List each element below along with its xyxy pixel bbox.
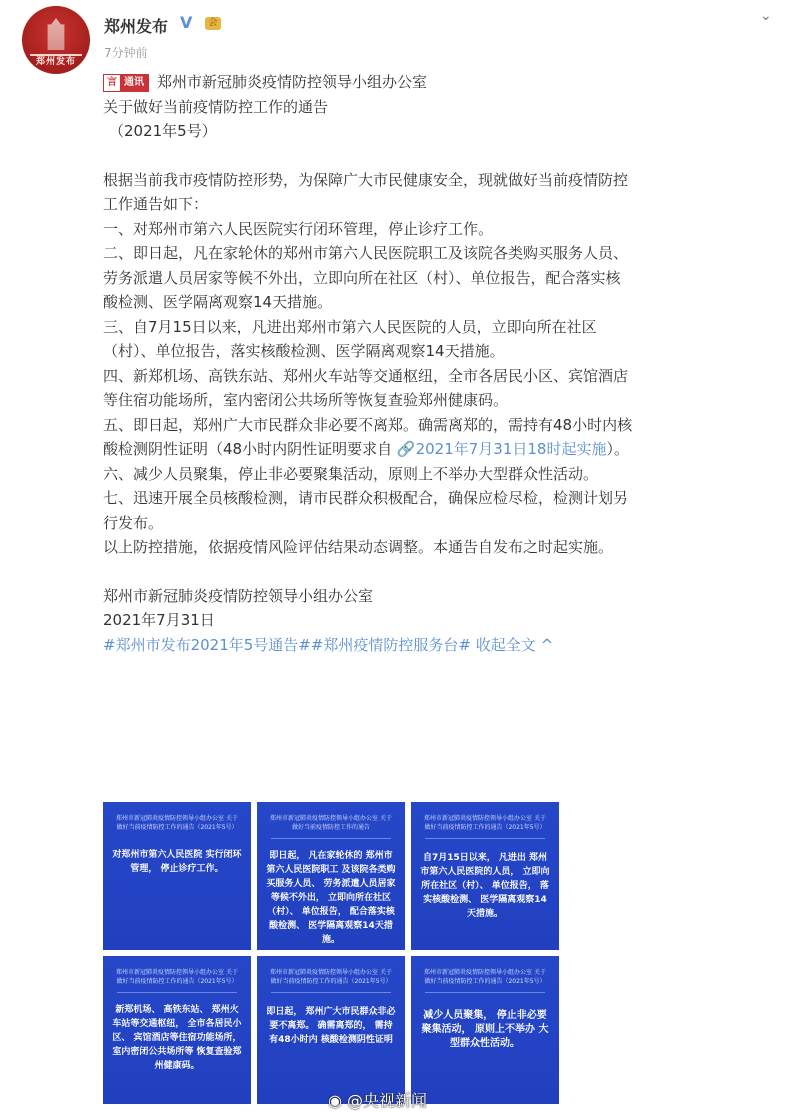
date: 2021年7月31日 <box>103 608 783 633</box>
weibo-logo-icon: ◉ <box>328 1091 347 1110</box>
item-7-cont: 行发布。 <box>103 511 783 536</box>
item-7: 七、迅速开展全员核酸检测，请市民群众积极配合，确保应检尽检，检测计划另 <box>103 486 783 511</box>
closing: 以上防控措施，依据疫情风险评估结果动态调整。本通告自发布之时起实施。 <box>103 535 783 560</box>
item-3-cont: （村）、单位报告，落实核酸检测、医学隔离观察14天措施。 <box>103 339 783 364</box>
item-5-cont: 酸检测阴性证明（48小时内阴性证明要求自 🔗2021年7月31日18时起实施）。 <box>103 437 783 462</box>
item-4-cont: 等住宿功能场所，室内密闭公共场所等恢复查验郑州健康码。 <box>103 388 783 413</box>
notice-tag-icon: 言通讯 <box>103 74 149 92</box>
title-line-2: 关于做好当前疫情防控工作的通告 <box>103 95 783 120</box>
tower-logo-icon <box>44 18 68 50</box>
verified-icon: V <box>180 13 192 32</box>
image-tile[interactable]: 郑州市新冠肺炎疫情防控领导小组办公室 关于做好当前疫情防控工作的通告（2021年… <box>257 956 405 1104</box>
image-tile[interactable]: 郑州市新冠肺炎疫情防控领导小组办公室 关于做好当前疫情防控工作的通告（2021年… <box>411 956 559 1104</box>
chevron-up-icon: ^ <box>541 636 554 654</box>
image-tile[interactable]: 郑州市新冠肺炎疫情防控领导小组办公室 关于做好当前疫情防控工作的通告 即日起， … <box>257 802 405 950</box>
avatar[interactable]: 郑州发布 <box>22 6 90 74</box>
title-line-1: 言通讯郑州市新冠肺炎疫情防控领导小组办公室 <box>103 70 783 95</box>
item-2-cont: 酸检测、医学隔离观察14天措施。 <box>103 290 783 315</box>
hashtag-line: #郑州市发布2021年5号通告##郑州疫情防控服务台# 收起全文 ^ <box>103 633 783 658</box>
item-4: 四、新郑机场、高铁东站、郑州火车站等交通枢纽，全市各居民小区、宾馆酒店 <box>103 364 783 389</box>
link-icon: 🔗 <box>397 440 416 458</box>
image-tile[interactable]: 郑州市新冠肺炎疫情防控领导小组办公室 关于做好当前疫情防控工作的通告（2021年… <box>103 802 251 950</box>
watermark: ◉ @央视新闻 <box>328 1088 427 1111</box>
author-name[interactable]: 郑州发布 <box>104 14 168 37</box>
post-content: 言通讯郑州市新冠肺炎疫情防控领导小组办公室 关于做好当前疫情防控工作的通告 （2… <box>103 70 783 657</box>
image-tile[interactable]: 郑州市新冠肺炎疫情防控领导小组办公室 关于做好当前疫情防控工作的通告（2021年… <box>411 802 559 950</box>
avatar-label: 郑州发布 <box>30 54 82 68</box>
title-line-3: （2021年5号） <box>103 119 783 144</box>
intro-line-1: 根据当前我市疫情防控形势，为保障广大市民健康安全，现就做好当前疫情防控 <box>103 168 783 193</box>
item-1: 一、对郑州市第六人民医院实行闭环管理，停止诊疗工作。 <box>103 217 783 242</box>
signature: 郑州市新冠肺炎疫情防控领导小组办公室 <box>103 584 783 609</box>
item-6: 六、减少人员聚集，停止非必要聚集活动，原则上不举办大型群众性活动。 <box>103 462 783 487</box>
post-time: 7分钟前 <box>104 44 148 61</box>
item-5: 五、即日起，郑州广大市民群众非必要不离郑。确需离郑的，需持有48小时内核 <box>103 413 783 438</box>
item-3: 三、自7月15日以来，凡进出郑州市第六人民医院的人员，立即向所在社区 <box>103 315 783 340</box>
item-2: 二、即日起，凡在家轮休的郑州市第六人民医院职工及该院各类购买服务人员、 <box>103 241 783 266</box>
chevron-down-icon[interactable]: ⌄ <box>760 8 772 20</box>
item-2-cont: 劳务派遣人员居家等候不外出，立即向所在社区（村）、单位报告，配合落实核 <box>103 266 783 291</box>
member-badge-icon: 会 <box>205 17 221 30</box>
image-tile[interactable]: 郑州市新冠肺炎疫情防控领导小组办公室 关于做好当前疫情防控工作的通告（2021年… <box>103 956 251 1104</box>
collapse-button[interactable]: 收起全文 ^ <box>476 636 553 654</box>
hashtag-links[interactable]: #郑州市发布2021年5号通告##郑州疫情防控服务台# <box>103 636 471 654</box>
timeline-link[interactable]: 🔗2021年7月31日18时起实施 <box>397 440 607 458</box>
intro-line-2: 工作通告如下： <box>103 192 783 217</box>
